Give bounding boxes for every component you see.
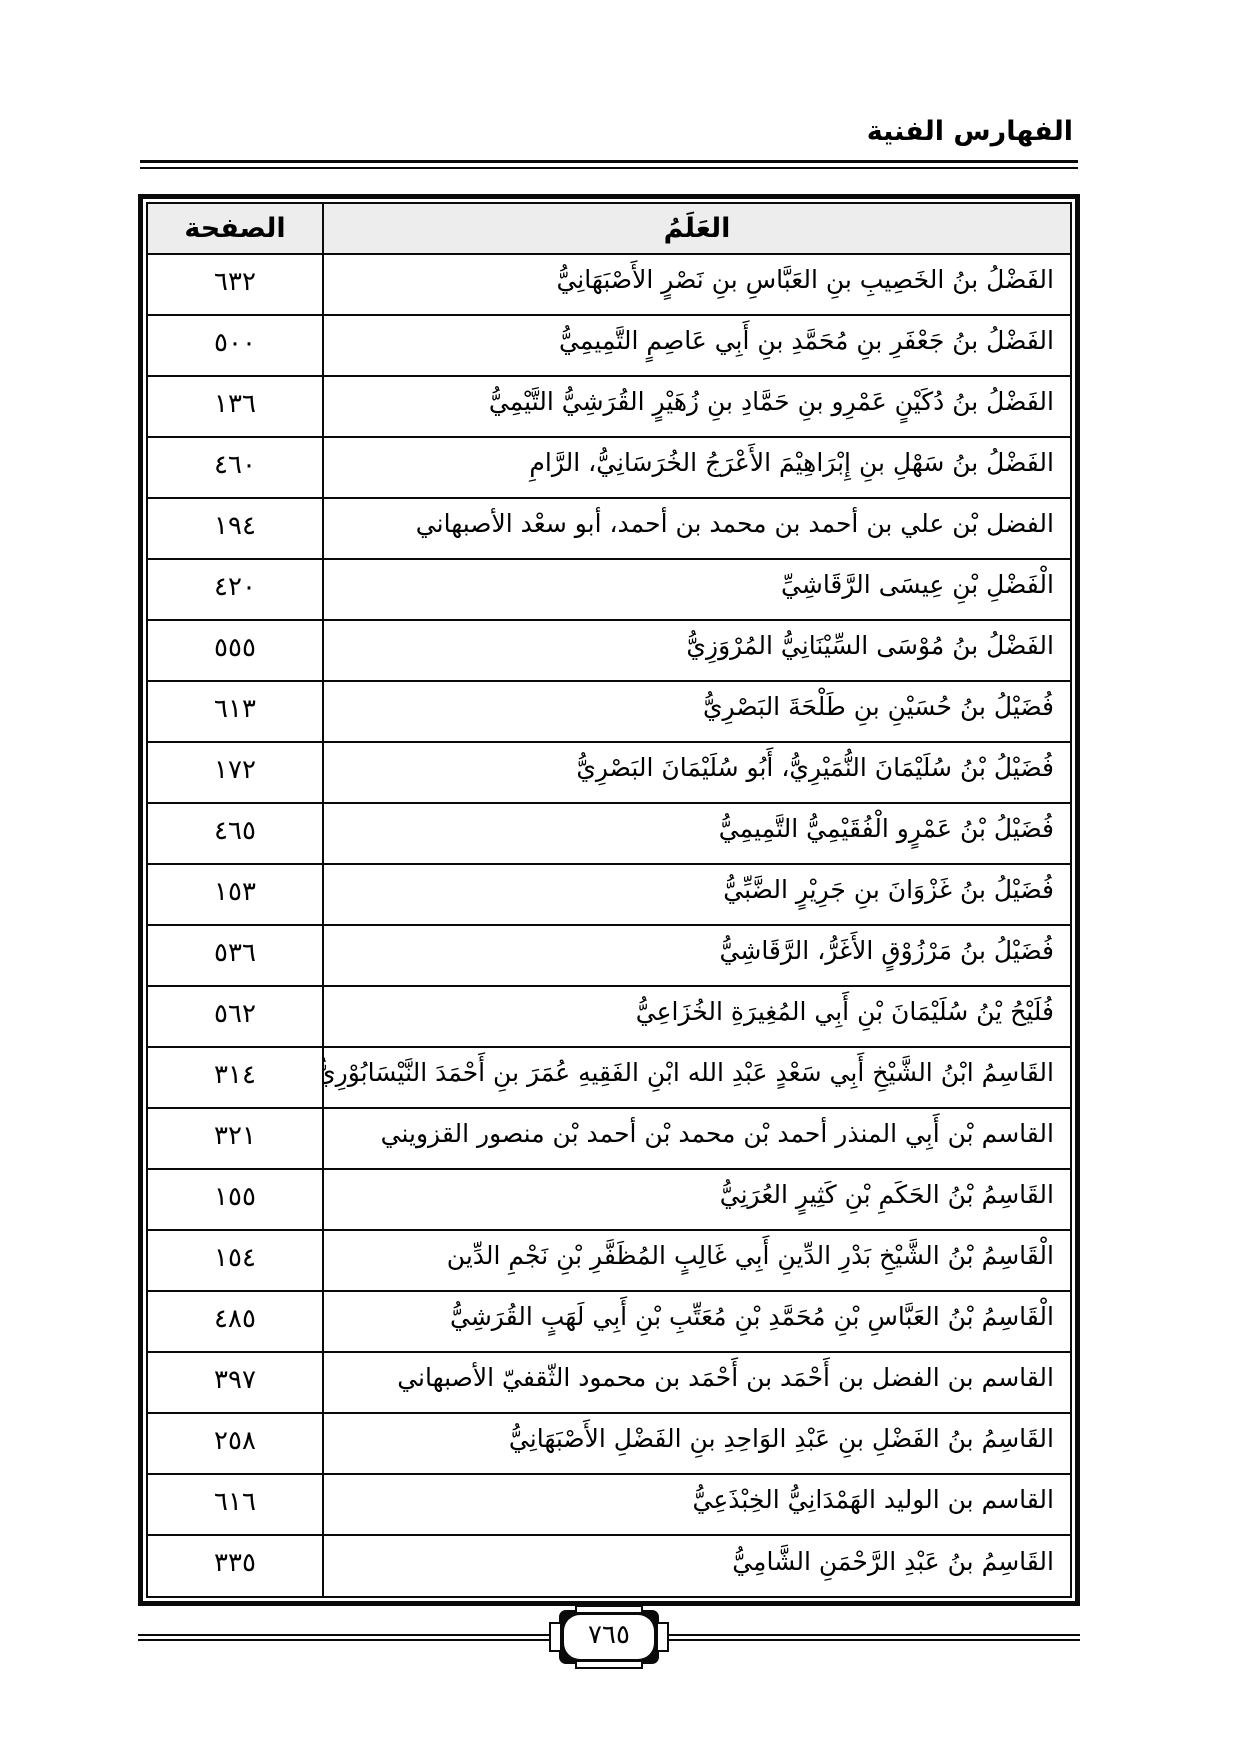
scholar-name: فُضَيْلُ بنُ حُسَيْنِ بنِ طَلْحَةَ البَص… bbox=[323, 681, 1070, 742]
table-row: فُضَيْلُ بنُ غَزْوَانَ بنِ جَرِيْرٍ الضَ… bbox=[148, 864, 1070, 925]
page-number-value: ٢٥٨ bbox=[148, 1413, 323, 1474]
scholar-name: الْقَاسِمُ بْنُ الشَّيْخِ بَدْرِ الدِّين… bbox=[323, 1230, 1070, 1291]
scholar-name: الفَضْلُ بنُ دُكَيْنٍ عَمْرِو بنِ حَمَّا… bbox=[323, 376, 1070, 437]
table-row: فُضَيْلُ بنُ مَرْزُوْقٍ الأَغَرُّ، الرَّ… bbox=[148, 925, 1070, 986]
table-row: القاسم بن الوليد الهَمْدَانِيُّ الخِبْذَ… bbox=[148, 1474, 1070, 1535]
page-number-value: ٤٢٠ bbox=[148, 559, 323, 620]
cartouche-bottom-tab bbox=[575, 1660, 643, 1669]
scholar-name: القَاسِمُ بنُ عَبْدِ الرَّحْمَنِ الشَّام… bbox=[323, 1535, 1070, 1596]
running-head-title: الفهارس الفنية bbox=[867, 116, 1073, 147]
scholar-name: القاسم بْن أَبِي المنذر أحمد بْن محمد بْ… bbox=[323, 1108, 1070, 1169]
table-row: الْفَضْلِ بْنِ عِيسَى الرَّقَاشِيِّ ٤٢٠ bbox=[148, 559, 1070, 620]
scholar-name: فُضَيْلُ بْنُ عَمْرٍو الْفُقَيْمِيُّ الت… bbox=[323, 803, 1070, 864]
scholar-name: القَاسِمُ بْنُ الحَكَمِ بْنِ كَثِيرٍ الع… bbox=[323, 1169, 1070, 1230]
book-page: الفهارس الفنية العَلَمُ الصفحة bbox=[0, 0, 1240, 1754]
page-number-cartouche: ٧٦٥ bbox=[559, 1610, 659, 1664]
page-number-value: ٦٣٢ bbox=[148, 254, 323, 315]
scholar-name: فُضَيْلُ بْنُ سُلَيْمَانَ النُّمَيْرِيُّ… bbox=[323, 742, 1070, 803]
scholar-name: الْقَاسِمُ بْنُ العَبَّاسِ بْنِ مُحَمَّد… bbox=[323, 1291, 1070, 1352]
scholar-name: فُضَيْلُ بنُ غَزْوَانَ بنِ جَرِيْرٍ الضَ… bbox=[323, 864, 1070, 925]
page-number-value: ١٥٥ bbox=[148, 1169, 323, 1230]
table-row: الفَضْلُ بنُ سَهْلِ بنِ إِبْرَاهِيْمَ ال… bbox=[148, 437, 1070, 498]
table-row: القَاسِمُ بنُ عَبْدِ الرَّحْمَنِ الشَّام… bbox=[148, 1535, 1070, 1596]
table-row: الفضل بْن علي بن أحمد بن محمد بن أحمد، أ… bbox=[148, 498, 1070, 559]
page-number-value: ٦١٣ bbox=[148, 681, 323, 742]
cartouche-left-tab bbox=[549, 1622, 562, 1652]
page-number-value: ١٥٣ bbox=[148, 864, 323, 925]
scholar-name: الفضل بْن علي بن أحمد بن محمد بن أحمد، أ… bbox=[323, 498, 1070, 559]
scholar-name: القَاسِمُ ابْنُ الشَّيْخِ أَبِي سَعْدٍ ع… bbox=[323, 1047, 1070, 1108]
table-row: فُضَيْلُ بْنُ عَمْرٍو الْفُقَيْمِيُّ الت… bbox=[148, 803, 1070, 864]
table-row: الفَضْلُ بنُ الخَصِيبِ بنِ العَبَّاسِ بن… bbox=[148, 254, 1070, 315]
page-number-value: ١٩٤ bbox=[148, 498, 323, 559]
page-number-value: ٦١٦ bbox=[148, 1474, 323, 1535]
scholar-name: الفَضْلُ بنُ سَهْلِ بنِ إِبْرَاهِيْمَ ال… bbox=[323, 437, 1070, 498]
table-row: القَاسِمُ ابْنُ الشَّيْخِ أَبِي سَعْدٍ ع… bbox=[148, 1047, 1070, 1108]
page-number-value: ١٣٦ bbox=[148, 376, 323, 437]
scholar-name: القَاسِمُ بنُ الفَضْلِ بنِ عَبْدِ الوَاح… bbox=[323, 1413, 1070, 1474]
table-row: الْقَاسِمُ بْنُ العَبَّاسِ بْنِ مُحَمَّد… bbox=[148, 1291, 1070, 1352]
table-row: فُلَيْحُ يْنُ سُلَيْمَانَ بْنِ أَبِي الم… bbox=[148, 986, 1070, 1047]
page-number-value: ٤٦٠ bbox=[148, 437, 323, 498]
page-number-value: ٣٩٧ bbox=[148, 1352, 323, 1413]
page-footer: ٧٦٥ bbox=[138, 1610, 1080, 1668]
folio-page-number: ٧٦٥ bbox=[564, 1615, 654, 1659]
column-header-name: العَلَمُ bbox=[323, 204, 1070, 254]
table-header-row: العَلَمُ الصفحة bbox=[148, 204, 1070, 254]
cartouche-right-tab bbox=[656, 1622, 669, 1652]
page-number-value: ٣٣٥ bbox=[148, 1535, 323, 1596]
page-number-value: ٥٥٥ bbox=[148, 620, 323, 681]
page-number-value: ٥٦٢ bbox=[148, 986, 323, 1047]
table-row: القاسم بْن أَبِي المنذر أحمد بْن محمد بْ… bbox=[148, 1108, 1070, 1169]
scholar-name: القاسم بن الفضل بن أَحْمَد بن أَحْمَد بن… bbox=[323, 1352, 1070, 1413]
page-number-value: ٥٠٠ bbox=[148, 315, 323, 376]
table-row: فُضَيْلُ بنُ حُسَيْنِ بنِ طَلْحَةَ البَص… bbox=[148, 681, 1070, 742]
page-number-value: ٣٢١ bbox=[148, 1108, 323, 1169]
table-row: فُضَيْلُ بْنُ سُلَيْمَانَ النُّمَيْرِيُّ… bbox=[148, 742, 1070, 803]
scholar-name: الفَضْلُ بنُ جَعْفَرِ بنِ مُحَمَّدِ بنِ … bbox=[323, 315, 1070, 376]
names-index-table: العَلَمُ الصفحة الفَضْلُ بنُ الخَصِيبِ ب… bbox=[148, 204, 1070, 1596]
scholar-name: الْفَضْلِ بْنِ عِيسَى الرَّقَاشِيِّ bbox=[323, 559, 1070, 620]
table-row: الفَضْلُ بنُ مُوْسَى السِّيْنَانِيُّ الم… bbox=[148, 620, 1070, 681]
page-number-value: ٤٦٥ bbox=[148, 803, 323, 864]
scholar-name: فُضَيْلُ بنُ مَرْزُوْقٍ الأَغَرُّ، الرَّ… bbox=[323, 925, 1070, 986]
cartouche-top-tab bbox=[575, 1605, 643, 1614]
header-double-rule bbox=[140, 160, 1078, 169]
page-number-value: ٤٨٥ bbox=[148, 1291, 323, 1352]
table-row: الْقَاسِمُ بْنُ الشَّيْخِ بَدْرِ الدِّين… bbox=[148, 1230, 1070, 1291]
page-number-value: ٥٣٦ bbox=[148, 925, 323, 986]
page-number-value: ١٧٢ bbox=[148, 742, 323, 803]
scholar-name: القاسم بن الوليد الهَمْدَانِيُّ الخِبْذَ… bbox=[323, 1474, 1070, 1535]
table-row: القَاسِمُ بْنُ الحَكَمِ بْنِ كَثِيرٍ الع… bbox=[148, 1169, 1070, 1230]
index-table-frame: العَلَمُ الصفحة الفَضْلُ بنُ الخَصِيبِ ب… bbox=[138, 194, 1080, 1606]
column-header-page: الصفحة bbox=[148, 204, 323, 254]
table-row: الفَضْلُ بنُ دُكَيْنٍ عَمْرِو بنِ حَمَّا… bbox=[148, 376, 1070, 437]
page-number-value: ١٥٤ bbox=[148, 1230, 323, 1291]
page-number-value: ٣١٤ bbox=[148, 1047, 323, 1108]
table-row: القاسم بن الفضل بن أَحْمَد بن أَحْمَد بن… bbox=[148, 1352, 1070, 1413]
scholar-name: الفَضْلُ بنُ مُوْسَى السِّيْنَانِيُّ الم… bbox=[323, 620, 1070, 681]
table-row: القَاسِمُ بنُ الفَضْلِ بنِ عَبْدِ الوَاح… bbox=[148, 1413, 1070, 1474]
scholar-name: الفَضْلُ بنُ الخَصِيبِ بنِ العَبَّاسِ بن… bbox=[323, 254, 1070, 315]
scholar-name: فُلَيْحُ يْنُ سُلَيْمَانَ بْنِ أَبِي الم… bbox=[323, 986, 1070, 1047]
table-row: الفَضْلُ بنُ جَعْفَرِ بنِ مُحَمَّدِ بنِ … bbox=[148, 315, 1070, 376]
